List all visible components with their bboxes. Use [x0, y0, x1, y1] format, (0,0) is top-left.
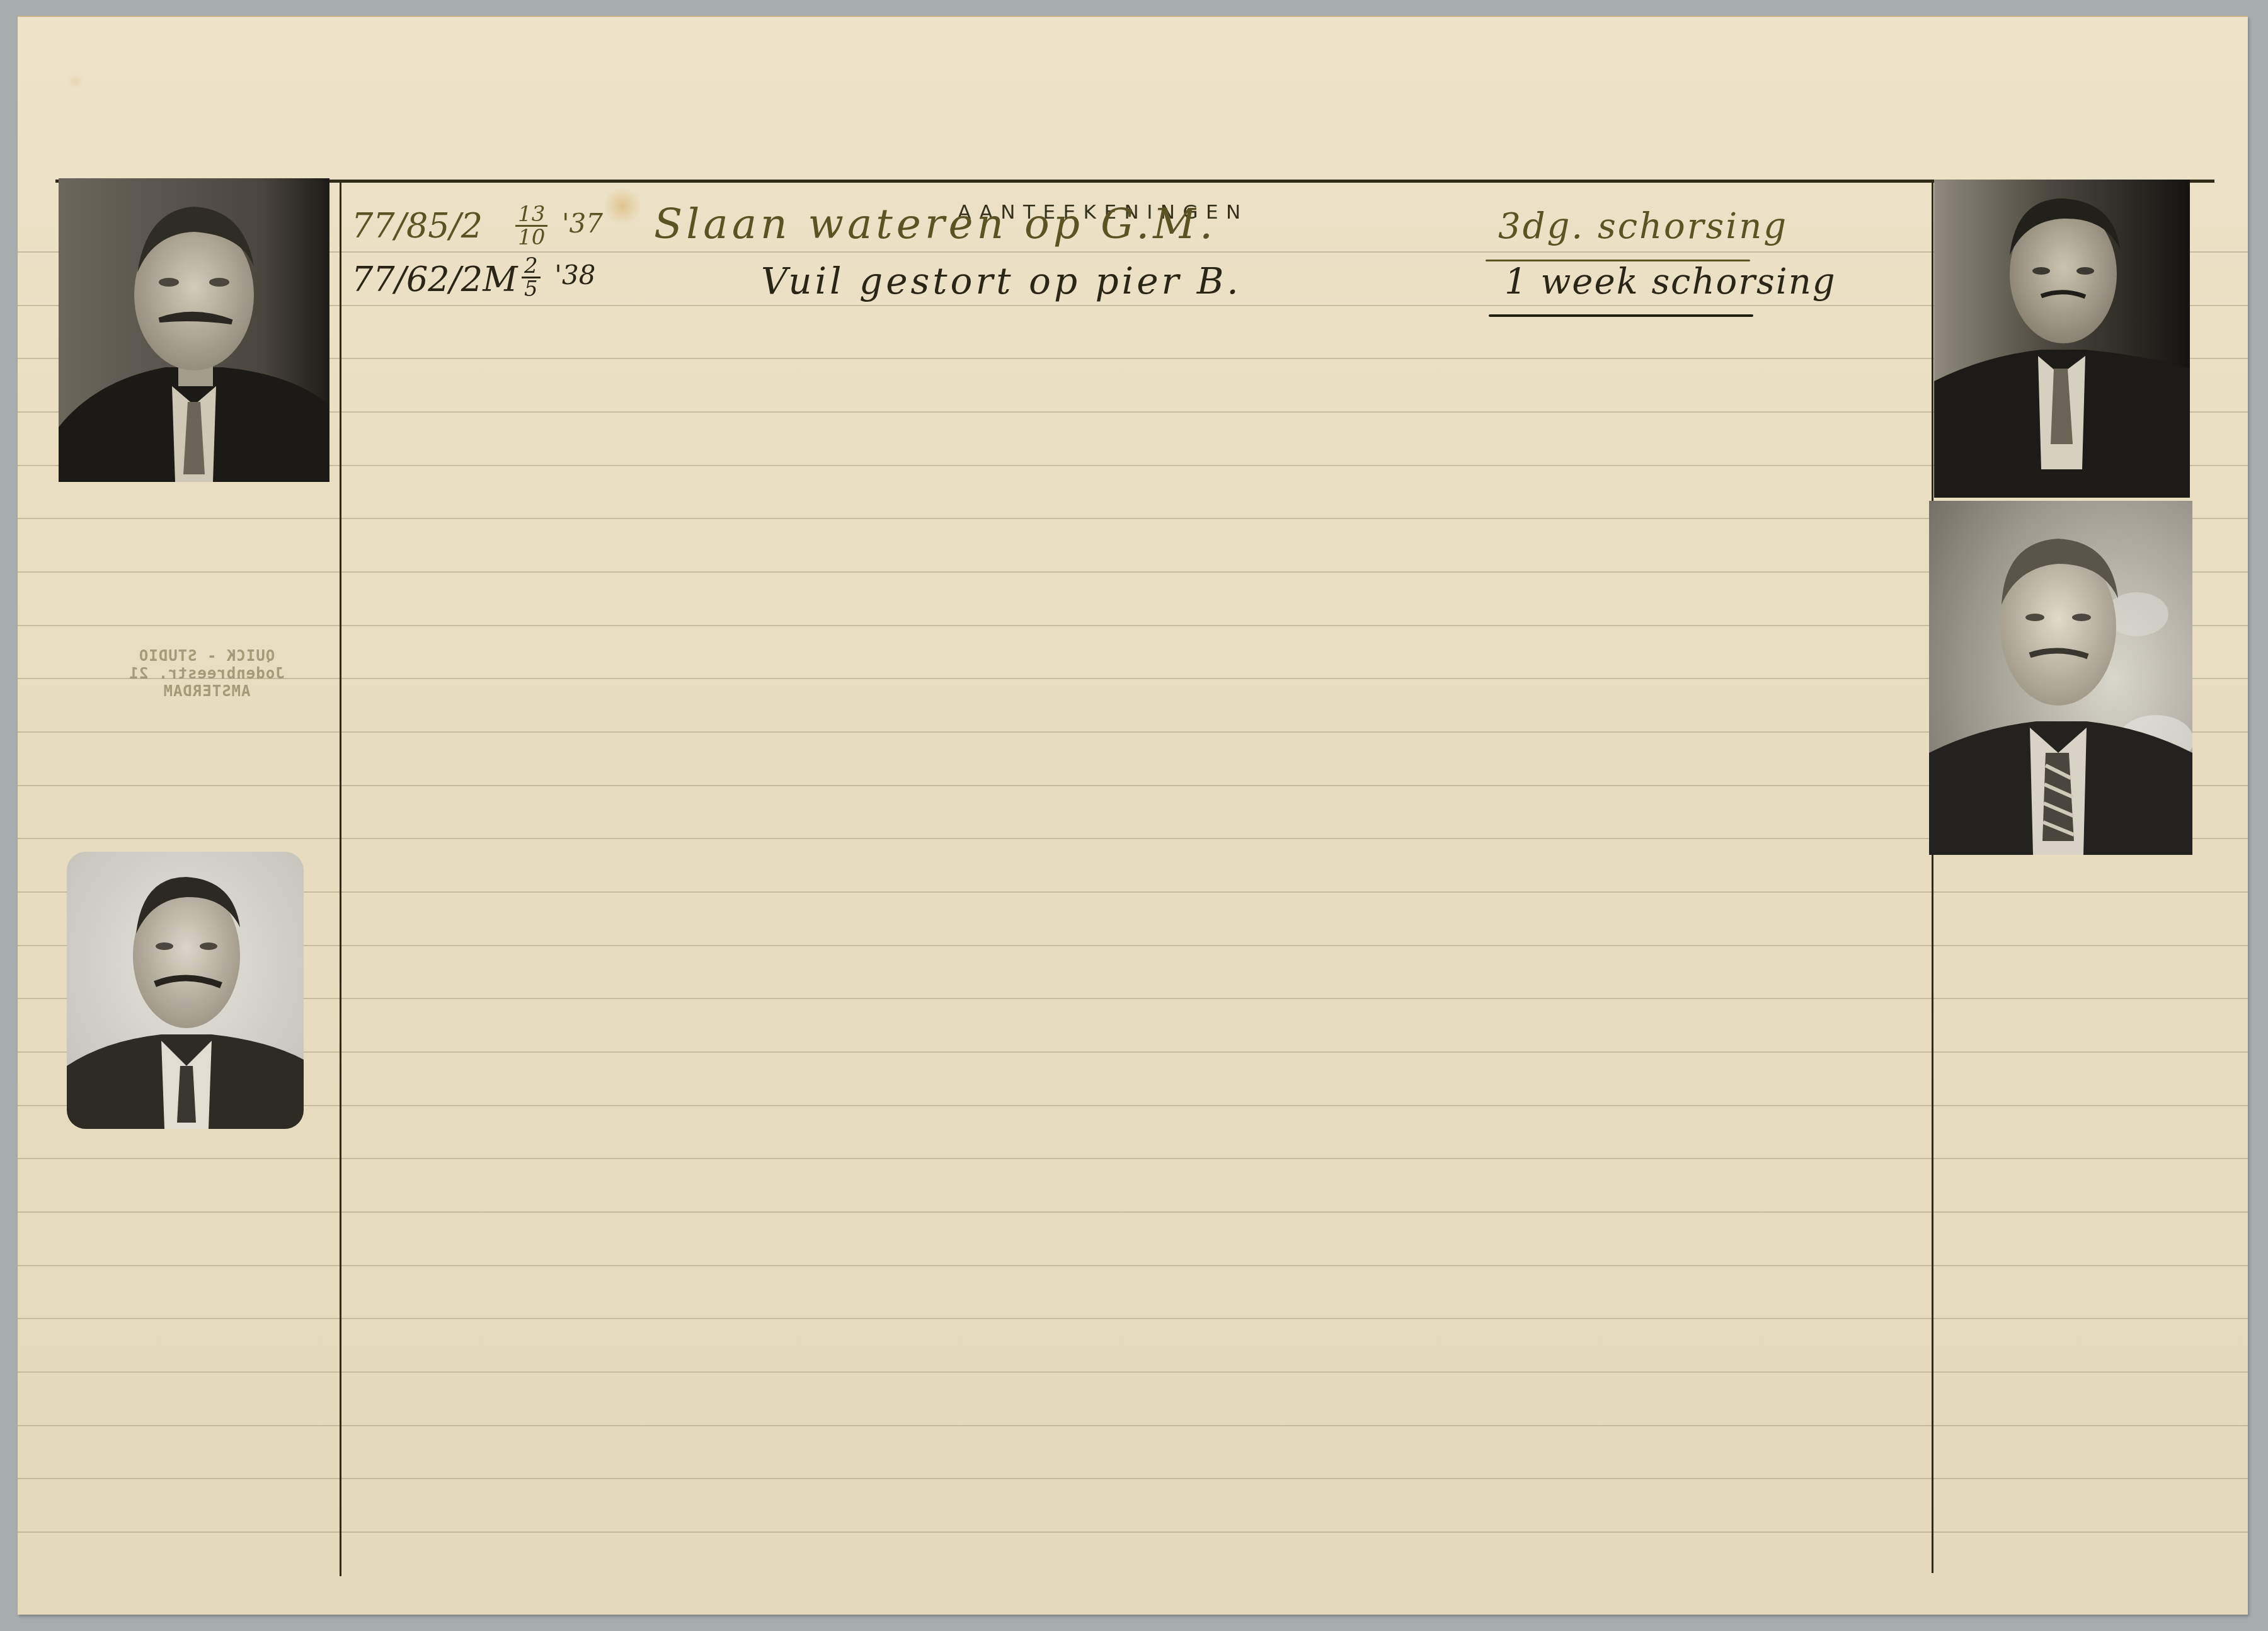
entry-date: 2 5 '38 [515, 255, 595, 300]
right-column-line [1932, 182, 1933, 1573]
portrait-icon [1929, 501, 2192, 855]
portrait-photo-middle-right [1929, 501, 2192, 855]
left-column-line [340, 182, 341, 1576]
entry-note: Slaan wateren op G.M. [654, 200, 1217, 248]
portrait-icon [59, 178, 329, 482]
entry-reference: 77/62/2M [352, 260, 517, 299]
date-fraction: 2 5 [522, 255, 541, 300]
stain [604, 187, 641, 225]
portrait-icon [1934, 180, 2190, 498]
portrait-photo-top-right [1934, 180, 2190, 498]
studio-stamp: QUICK - STUDIO Jodenbreestr. 21 AMSTERDA… [125, 647, 289, 700]
portrait-photo-top-left [59, 178, 329, 482]
penalty-underline [1489, 314, 1753, 317]
entry-penalty: 1 week schorsing [1504, 261, 1836, 302]
portrait-icon [67, 852, 304, 1129]
record-card: AANTEEKENINGEN 77/85/2 13 10 '37 Slaan w… [18, 16, 2248, 1615]
entry-date: 13 10 '37 [509, 203, 603, 248]
entry-note: Vuil gestort op pier B. [761, 260, 1242, 302]
header-rule [55, 180, 2214, 183]
portrait-photo-bottom-left [67, 852, 304, 1129]
stain [68, 74, 83, 89]
date-fraction: 13 10 [515, 203, 547, 248]
entry-penalty: 3dg. schorsing [1498, 206, 1788, 247]
entry-reference: 77/85/2 [352, 206, 483, 246]
